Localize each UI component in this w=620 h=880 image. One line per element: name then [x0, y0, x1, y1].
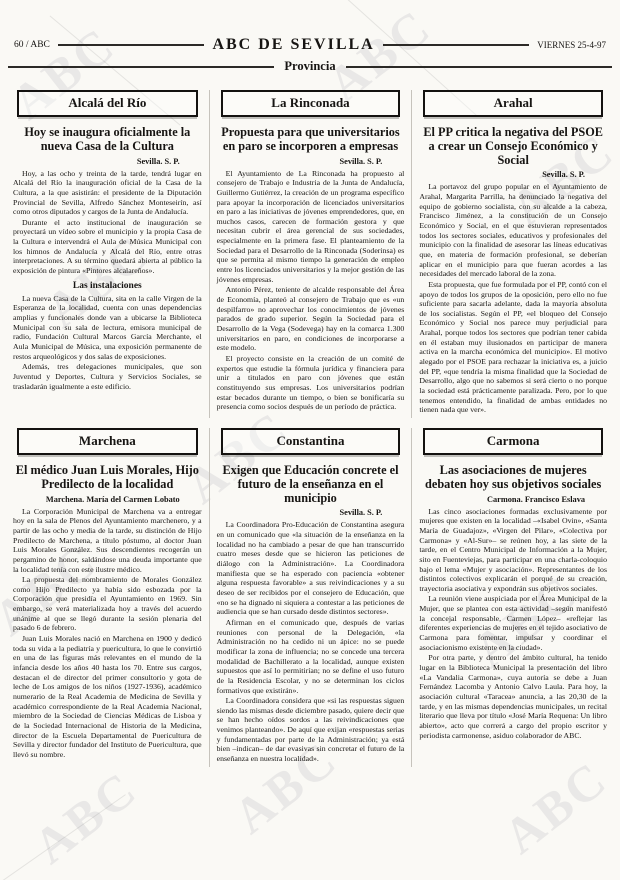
rule-line — [346, 66, 612, 68]
article-subhead: Las instalaciones — [13, 281, 202, 291]
rule-line — [383, 44, 530, 46]
article-paragraph: La reunión viene auspiciada por el Área … — [419, 594, 607, 652]
article-byline: Marchena. María del Carmen Lobato — [13, 495, 202, 504]
town-name: Marchena — [79, 433, 136, 448]
town-box: Arahal — [423, 90, 603, 117]
town-name: Carmona — [487, 433, 540, 448]
article-la-rinconada: La Rinconada Propuesta para que universi… — [209, 90, 412, 418]
town-box: La Rinconada — [221, 90, 401, 117]
article-paragraph: La portavoz del grupo popular en el Ayun… — [419, 182, 607, 279]
article-headline: Hoy se inaugura oficialmente la nueva Ca… — [14, 126, 201, 154]
town-name: Alcalá del Río — [68, 95, 146, 110]
article-paragraph: Afirman en el comunicado que, después de… — [217, 618, 405, 695]
article-byline: Carmona. Francisco Eslava — [419, 495, 607, 504]
town-name: Arahal — [494, 95, 533, 110]
article-paragraph: La Coordinadora Pro-Educación de Constan… — [217, 520, 405, 617]
article-carmona: Carmona Las asociaciones de mujeres deba… — [411, 428, 614, 767]
town-box: Carmona — [423, 428, 603, 455]
article-paragraph: La propuesta del nombramiento de Morales… — [13, 575, 202, 633]
masthead-row: 60 / ABC ABC DE SEVILLA VIERNES 25-4-97 — [0, 36, 620, 54]
rule-line — [8, 66, 274, 68]
article-paragraph: Además, tres delegaciones municipales, q… — [13, 362, 202, 391]
article-paragraph: Antonio Pérez, teniente de alcalde respo… — [217, 285, 405, 353]
town-name: La Rinconada — [271, 95, 349, 110]
article-byline: Sevilla. S. P. — [13, 157, 202, 166]
newspaper-title: ABC DE SEVILLA — [212, 36, 374, 54]
article-byline: Sevilla. S. P. — [419, 170, 607, 179]
page-number: 60 / ABC — [14, 40, 50, 50]
newspaper-page: ABC ABC ABC ABC ABC ABC ABC ABC ABC ABC … — [0, 0, 620, 880]
section-title: Provincia — [284, 59, 335, 74]
scan-crease — [0, 794, 126, 880]
town-box: Alcalá del Río — [17, 90, 198, 117]
page-header: 60 / ABC ABC DE SEVILLA VIERNES 25-4-97 … — [0, 0, 620, 74]
article-paragraph: El proyecto consiste en la creación de u… — [217, 354, 405, 412]
article-headline: Las asociaciones de mujeres debaten hoy … — [420, 464, 606, 492]
section-bar: Provincia — [0, 59, 620, 74]
town-box: Marchena — [17, 428, 198, 455]
article-paragraph: El Ayuntamiento de La Rinconada ha propu… — [217, 169, 405, 285]
article-paragraph: La Coordinadora considera que «si las re… — [217, 696, 405, 764]
article-headline: Propuesta para que universitarios en par… — [218, 126, 404, 154]
article-paragraph: Por otra parte, y dentro del ámbito cult… — [419, 653, 607, 740]
article-paragraph: Juan Luis Morales nació en Marchena en 1… — [13, 634, 202, 760]
article-paragraph: Esta propuesta, que fue formulada por el… — [419, 280, 607, 415]
article-headline: El PP critica la negativa del PSOE a cre… — [420, 126, 606, 167]
page-date: VIERNES 25-4-97 — [537, 40, 606, 50]
abc-watermark: ABC — [22, 759, 148, 875]
town-box: Constantina — [221, 428, 401, 455]
article-paragraph: Hoy, a las ocho y treinta de la tarde, t… — [13, 169, 202, 217]
article-body: La Corporación Municipal de Marchena va … — [13, 507, 202, 760]
articles-grid: Alcalá del Río Hoy se inaugura oficialme… — [0, 90, 620, 767]
article-headline: Exigen que Educación concrete el futuro … — [218, 464, 404, 505]
article-byline: Sevilla. S. P. — [217, 508, 405, 517]
article-body: El Ayuntamiento de La Rinconada ha propu… — [217, 169, 405, 412]
article-body: La portavoz del grupo popular en el Ayun… — [419, 182, 607, 415]
town-name: Constantina — [277, 433, 345, 448]
article-headline: El médico Juan Luis Morales, Hijo Predil… — [14, 464, 201, 492]
article-paragraph: La nueva Casa de la Cultura, sita en la … — [13, 294, 202, 362]
article-paragraph: La Corporación Municipal de Marchena va … — [13, 507, 202, 575]
article-alcala-del-rio: Alcalá del Río Hoy se inaugura oficialme… — [6, 90, 209, 418]
article-byline: Sevilla. S. P. — [217, 157, 405, 166]
article-body: La Coordinadora Pro-Educación de Constan… — [217, 520, 405, 763]
article-marchena: Marchena El médico Juan Luis Morales, Hi… — [6, 428, 209, 767]
article-arahal: Arahal El PP critica la negativa del PSO… — [411, 90, 614, 418]
rule-line — [58, 44, 205, 46]
article-paragraph: Durante el acto institucional de inaugur… — [13, 218, 202, 276]
article-body: Hoy, a las ocho y treinta de la tarde, t… — [13, 169, 202, 392]
article-constantina: Constantina Exigen que Educación concret… — [209, 428, 412, 767]
article-body: Las cinco asociaciones formadas exclusiv… — [419, 507, 607, 741]
article-paragraph: Las cinco asociaciones formadas exclusiv… — [419, 507, 607, 594]
